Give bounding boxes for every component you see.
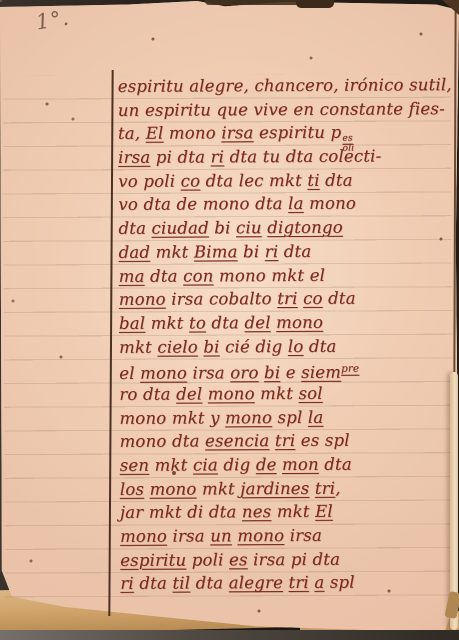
manuscript-line: un espiritu que vive en constante fies- [118, 97, 454, 122]
manuscript-line: espiritu alegre, chancero, irónico sutil… [118, 73, 454, 98]
bottom-shadow [0, 630, 459, 640]
manuscript-line: ri dta til dta alegre tri a spl [120, 571, 456, 596]
manuscript-line: espiritu poli es irsa pi dta [120, 547, 456, 572]
manuscript-line: irsa pi dta ri dta tu dta colecti- [118, 144, 454, 169]
manuscript-photo: 1°. espiritu alegre, chancero, irónico s… [0, 0, 459, 640]
manuscript-line: mkt cielo bi cié dig lo dta [119, 334, 455, 359]
manuscript-line: ma dta con mono mkt el [119, 263, 455, 288]
manuscript-line: vo dta de mono dta la mono [118, 192, 454, 217]
manuscript-text: espiritu alegre, chancero, irónico sutil… [118, 73, 457, 596]
manuscript-line: dad mkt Bima bi ri dta [119, 239, 455, 264]
manuscript-line: ta, El mono irsa espiritu pesoli [118, 120, 454, 145]
manuscript-line: mono mkt y mono spl la [119, 405, 455, 430]
manuscript-line: mono irsa cobalto tri co dta [119, 286, 455, 311]
manuscript-line: mono dta esencia tri es spl [119, 428, 455, 453]
manuscript-line: el mono irsa oro bi e siempre [119, 357, 455, 382]
manuscript-line: sen mkt cia dig de mon dta [120, 452, 456, 477]
manuscript-line: vo poli co dta lec mkt ti dta [118, 168, 454, 193]
manuscript-line: ro dta del mono mkt sol [119, 381, 455, 406]
manuscript-line: dta ciudad bi ciu digtongo [118, 215, 454, 240]
paper-specks [0, 0, 2, 2]
manuscript-line: jar mkt di dta nes mkt El [120, 499, 456, 524]
manuscript-line: bal mkt to dta del mono [119, 310, 455, 335]
manuscript-line: los mono mkt jardines tri, [120, 476, 456, 501]
manuscript-line: mono irsa un mono irsa [120, 523, 456, 548]
top-edge-stain-2 [296, 0, 334, 8]
